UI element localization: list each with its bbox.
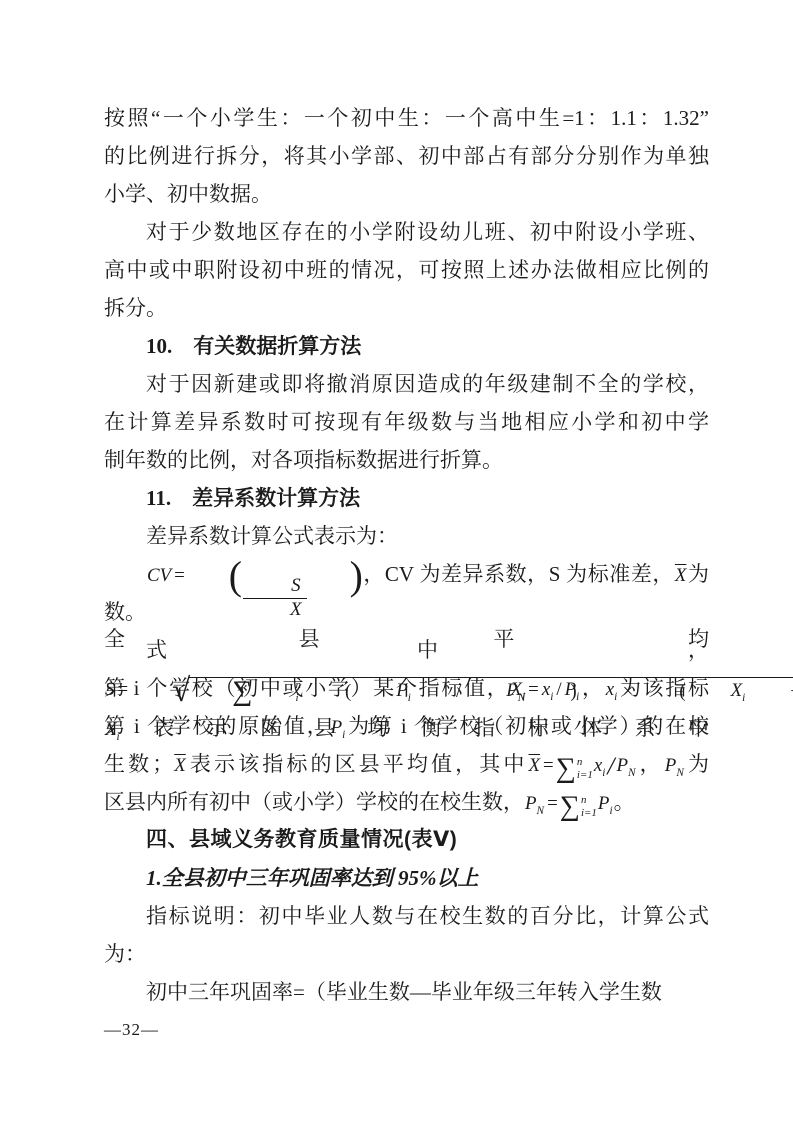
- math-subscripted: xi: [593, 755, 607, 776]
- text-run: 差异系数计算公式表示为：: [146, 524, 398, 548]
- formula: X: [173, 755, 187, 776]
- text-line: 高中或中职附设初中班的情况，可按照上述办法做相应比例的: [104, 251, 709, 289]
- text-run: 数。: [104, 600, 146, 624]
- text-run: 10. 有关数据折算方法: [146, 334, 361, 358]
- text-run: 制年数的比例，对各项指标数据进行折算。: [104, 448, 503, 472]
- sigma-icon: ∑: [556, 757, 576, 781]
- math-operator: =: [541, 755, 556, 776]
- text-line: 制年数的比例，对各项指标数据进行折算。: [104, 441, 709, 479]
- math-fraction: SX: [242, 575, 308, 620]
- text-run: 对于少数地区存在的小学附设幼儿班、初中附设小学班、: [146, 220, 709, 244]
- math-sum-upper: n: [577, 756, 593, 769]
- formula-line: 第 i 个学校（初中或小学）某个指标值，Xi=xi/Pi，xi为该指标: [104, 669, 709, 707]
- section-10-heading: 10. 有关数据折算方法: [104, 327, 709, 365]
- math-sum-upper: n: [581, 794, 597, 807]
- text-line: 对于少数地区存在的小学附设幼儿班、初中附设小学班、: [104, 213, 709, 251]
- math-token: x: [542, 679, 550, 700]
- math-subscript: i: [550, 691, 553, 703]
- math-token: P: [598, 793, 610, 814]
- math-sum-lower: i=1: [581, 807, 597, 820]
- math-operator: −: [746, 680, 793, 704]
- math-subscripted: xi: [541, 679, 555, 700]
- math-sum: ∑ni=1: [560, 794, 597, 820]
- text-line: 初中三年巩固率=（毕业生数—毕业年级三年转入学生数: [104, 973, 709, 1011]
- math-token: X: [510, 679, 522, 700]
- text-run: 区县内所有初中（或小学）学校的在校生数，: [104, 790, 524, 814]
- text-run: 11. 差异系数计算方法: [146, 486, 360, 510]
- text-run: ，: [637, 752, 664, 776]
- math-operator: =: [526, 679, 541, 700]
- text-run: 指标说明：初中毕业人数与在校生数的百分比，计算公式: [146, 904, 709, 928]
- text-run: 为第 i 个学校（初中或小学）的在校: [346, 714, 709, 738]
- math-token: P: [565, 679, 577, 700]
- sigma-icon: ∑: [560, 795, 580, 819]
- math-paren: (: [187, 563, 242, 591]
- math-var: CV: [146, 565, 172, 586]
- formula: Xi=xi/Pi: [509, 679, 580, 700]
- text-run: 式中，: [146, 638, 709, 662]
- text-run: 四、县域义务教育质量情况(表Ⅴ): [146, 828, 457, 851]
- math-token: x: [606, 679, 614, 700]
- formula: CV=(SX): [146, 565, 363, 586]
- math-subscript: i: [614, 691, 617, 703]
- math-token: x: [594, 755, 602, 776]
- math-sum-limits: ni=1: [581, 794, 597, 820]
- text-line: 按照“一个小学生：一个初中生：一个高中生=1：1.1：1.32”: [104, 99, 709, 137]
- formula: X=∑ni=1xi/PN: [527, 755, 636, 776]
- text-run: 生数；: [104, 752, 173, 776]
- math-subscripted: PN: [615, 755, 636, 776]
- math-token: P: [665, 755, 677, 776]
- text-run: 按照“一个小学生：一个初中生：一个高中生=1：1.1：1.32”: [104, 106, 709, 130]
- formula: Pi: [330, 717, 347, 738]
- text-run: 在计算差异系数时可按现有年级数与当地相应小学和初中学: [104, 410, 709, 434]
- text-run: 。: [614, 790, 635, 814]
- formula-line: CV=(SX)，CV 为差异系数，S 为标准差，X为全县平均: [104, 555, 709, 593]
- math-subscripted: PN: [524, 793, 545, 814]
- section-11-heading: 11. 差异系数计算方法: [104, 479, 709, 517]
- math-subscript: N: [537, 805, 545, 817]
- math-subscripted: PN: [664, 755, 685, 776]
- text-run: 的比例进行拆分，将其小学部、初中部占有部分分别作为单独: [104, 144, 709, 168]
- math-sum: ∑ni=1: [556, 756, 593, 782]
- text-run: 表示该指标的区县平均值，其中: [187, 752, 528, 776]
- math-subscript: N: [628, 767, 636, 779]
- text-run: ，CV 为差异系数，S 为标准差，: [363, 562, 674, 586]
- math-mean-bar: X: [527, 755, 541, 776]
- math-token: P: [616, 755, 628, 776]
- text-line: 拆分。: [104, 289, 709, 327]
- text-line: 指标说明：初中毕业人数与在校生数的百分比，计算公式: [104, 897, 709, 935]
- formula: X: [674, 565, 688, 586]
- math-subscripted: Pi: [597, 793, 614, 814]
- formula: PN=∑ni=1Pi: [524, 793, 614, 814]
- text-line: 的比例进行拆分，将其小学部、初中部占有部分分别作为单独: [104, 137, 709, 175]
- text-run: 为：: [104, 942, 146, 966]
- text-run: 为: [685, 752, 709, 776]
- math-subscripted: Xi: [509, 679, 526, 700]
- document-page: 按照“一个小学生：一个初中生：一个高中生=1：1.1：1.32” 的比例进行拆分…: [0, 0, 793, 1122]
- text-line: 小学、初中数据。: [104, 175, 709, 213]
- math-sum-lower: i=1: [577, 769, 593, 782]
- formula-line: 式中，S=√∑ni(Pi/PN)×(Xi−X)2，Xi表示区县均衡指标体系中: [104, 631, 709, 669]
- subsection-1-heading: 1.全县初中三年巩固率达到 95%以上: [104, 859, 709, 897]
- text-run: 对于因新建或即将撤消原因造成的年级建制不全的学校，: [146, 372, 709, 396]
- text-run: 高中或中职附设初中班的情况，可按照上述办法做相应比例的: [104, 258, 709, 282]
- text-run: 第 i 个学校的原始值，: [104, 714, 330, 738]
- math-subscripted: xi: [605, 679, 619, 700]
- math-paren: ): [308, 563, 363, 591]
- text-run: 第 i 个学校（初中或小学）某个指标值，: [104, 676, 509, 700]
- math-token: X: [731, 680, 743, 701]
- math-sum-limits: ni=1: [577, 756, 593, 782]
- formula: xi: [605, 679, 619, 700]
- math-subscript: i: [342, 729, 345, 741]
- text-run: 初中三年巩固率=（毕业生数—毕业年级三年转入学生数: [146, 980, 662, 1004]
- math-operator: =: [172, 565, 187, 586]
- math-subscript: i: [576, 691, 579, 703]
- math-subscript: N: [676, 767, 684, 779]
- text-run: ，: [580, 676, 604, 700]
- text-line: 为：: [104, 935, 709, 973]
- formula-line: 生数；X表示该指标的区县平均值，其中X=∑ni=1xi/PN，PN为: [104, 745, 709, 783]
- formula-line: 第 i 个学校的原始值，Pi为第 i 个学校（初中或小学）的在校: [104, 707, 709, 745]
- math-operator: =: [545, 793, 560, 814]
- math-subscript: i: [609, 805, 612, 817]
- text-line: 对于因新建或即将撤消原因造成的年级建制不全的学校，: [104, 365, 709, 403]
- math-denominator: X: [242, 599, 308, 621]
- math-subscript: i: [742, 692, 745, 704]
- text-run: 为该指标: [618, 676, 709, 700]
- text-run: 小学、初中数据。: [104, 182, 272, 206]
- text-line: 在计算差异系数时可按现有年级数与当地相应小学和初中学: [104, 403, 709, 441]
- math-subscripted: Pi: [564, 679, 581, 700]
- math-token: P: [525, 793, 537, 814]
- math-subscripted: Pi: [330, 717, 347, 738]
- math-subscript: i: [602, 767, 605, 779]
- text-run: 拆分。: [104, 296, 167, 320]
- math-operator: /: [554, 679, 563, 700]
- math-mean-bar: X: [173, 755, 187, 776]
- section-4-heading: 四、县域义务教育质量情况(表Ⅴ): [104, 821, 709, 859]
- math-numerator: S: [243, 575, 306, 599]
- math-subscript: i: [522, 691, 525, 703]
- text-line: 差异系数计算公式表示为：: [104, 517, 709, 555]
- page-number: —32—: [104, 1015, 709, 1045]
- math-mean-bar: X: [674, 565, 688, 586]
- math-token: P: [331, 717, 343, 738]
- formula: PN: [664, 755, 685, 776]
- formula-line: 区县内所有初中（或小学）学校的在校生数，PN=∑ni=1Pi。: [104, 783, 709, 821]
- text-run: 1.全县初中三年巩固率达到 95%以上: [146, 866, 479, 890]
